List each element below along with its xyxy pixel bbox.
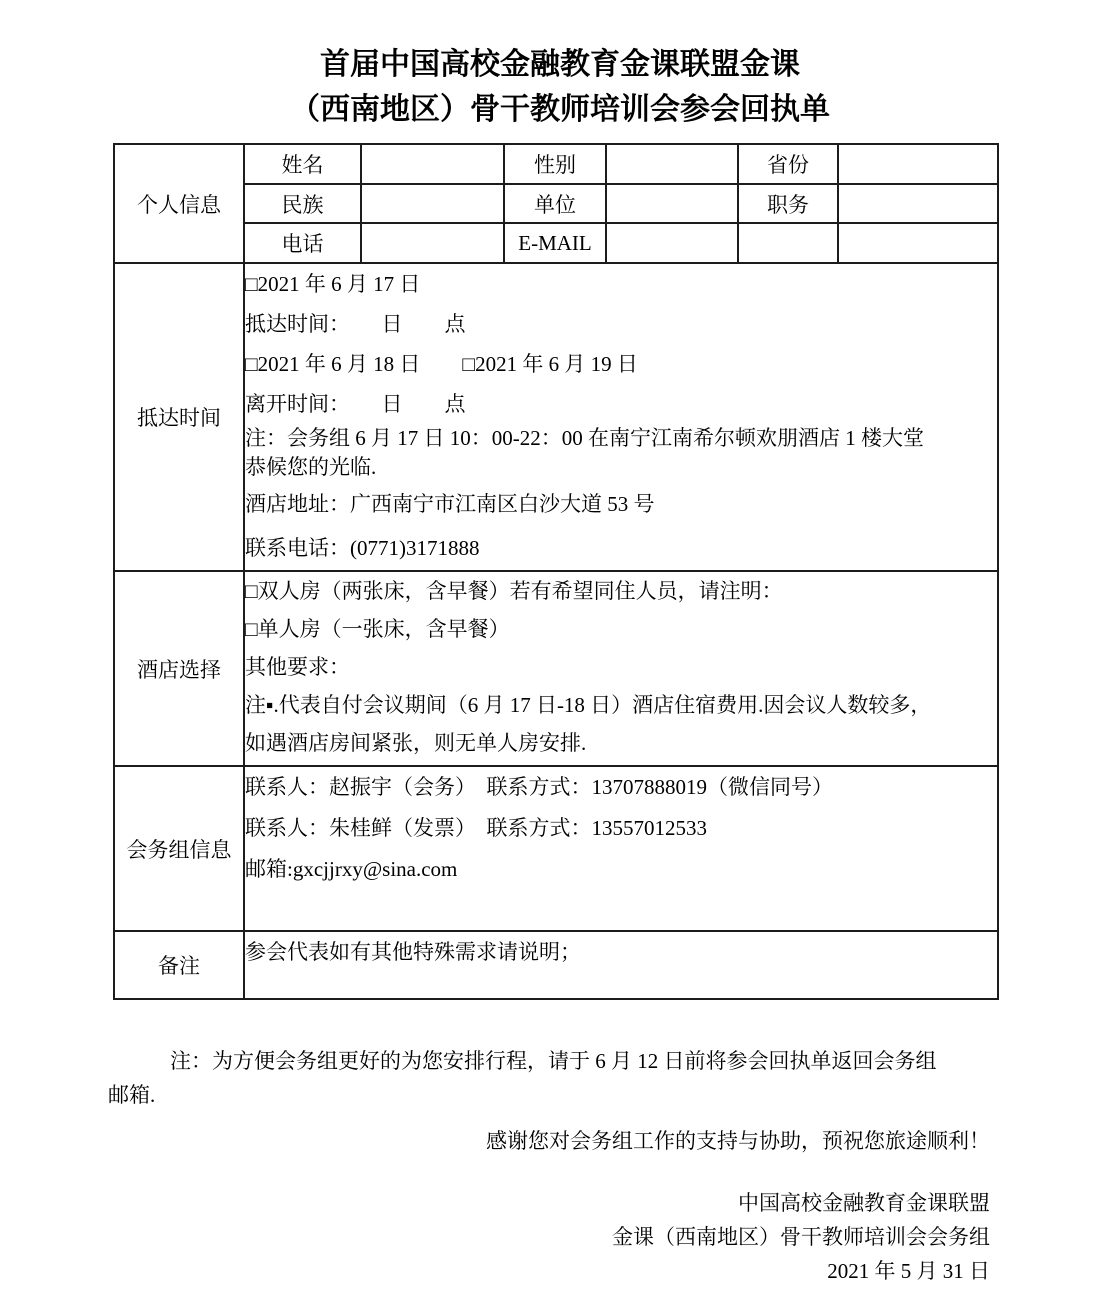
- section-label-committee: 会务组信息: [114, 766, 244, 931]
- signature-line-1: 中国高校金融教育金课联盟: [612, 1186, 990, 1220]
- section-label-remarks: 备注: [114, 931, 244, 999]
- hotel-section-content: □双人房（两张床，含早餐）若有希望同住人员，请注明： □单人房（一张床，含早餐）…: [244, 571, 998, 766]
- arrival-checkbox-jun17-line[interactable]: □2021 年 6 月 17 日: [245, 264, 997, 304]
- section-label-arrival: 抵达时间: [114, 263, 244, 571]
- field-label-organization: 单位: [504, 184, 606, 223]
- hotel-note-line-1: 注▪.代表自付会议期间（6 月 17 日-18 日）酒店住宿费用.因会议人数较多…: [245, 686, 997, 724]
- footer-note-line-2: 邮箱.: [108, 1078, 1008, 1112]
- arrival-note-line-2: 恭候您的光临.: [245, 453, 997, 482]
- field-label-position: 职务: [738, 184, 838, 223]
- table-row: 抵达时间 □2021 年 6 月 17 日 抵达时间： 日 点 □2021 年 …: [114, 263, 998, 571]
- field-label-name: 姓名: [244, 144, 361, 184]
- field-label-blank: [738, 223, 838, 263]
- field-value-position[interactable]: [838, 184, 998, 223]
- field-value-ethnicity[interactable]: [361, 184, 504, 223]
- field-value-name[interactable]: [361, 144, 504, 184]
- signature-block: 中国高校金融教育金课联盟 金课（西南地区）骨干教师培训会会务组 2021 年 5…: [612, 1186, 990, 1288]
- document-page: 首届中国高校金融教育金课联盟金课 （西南地区）骨干教师培训会参会回执单 个人信息…: [0, 0, 1120, 1314]
- field-value-blank[interactable]: [838, 223, 998, 263]
- table-row: 酒店选择 □双人房（两张床，含早餐）若有希望同住人员，请注明： □单人房（一张床…: [114, 571, 998, 766]
- hotel-other-requirements-line[interactable]: 其他要求：: [245, 648, 997, 686]
- field-label-ethnicity: 民族: [244, 184, 361, 223]
- committee-email-line: 邮箱:gxcjjrxy@sina.com: [245, 849, 997, 890]
- footer-note: 注：为方便会务组更好的为您安排行程，请于 6 月 12 日前将参会回执单返回会务…: [108, 1044, 1008, 1112]
- section-label-personal: 个人信息: [114, 144, 244, 263]
- table-row: 会务组信息 联系人：赵振宇（会务） 联系方式：13707888019（微信同号）…: [114, 766, 998, 931]
- page-title: 首届中国高校金融教育金课联盟金课 （西南地区）骨干教师培训会参会回执单: [0, 42, 1120, 132]
- contact-phone-line: 联系电话：(0771)3171888: [245, 526, 997, 570]
- committee-section-content: 联系人：赵振宇（会务） 联系方式：13707888019（微信同号） 联系人：朱…: [244, 766, 998, 931]
- arrival-checkbox-jun18-19-line[interactable]: □2021 年 6 月 18 日 □2021 年 6 月 19 日: [245, 344, 997, 384]
- field-value-organization[interactable]: [606, 184, 738, 223]
- table-row: 电话 E-MAIL: [114, 223, 998, 263]
- table-row: 备注 参会代表如有其他特殊需求请说明；: [114, 931, 998, 999]
- field-label-email: E-MAIL: [504, 223, 606, 263]
- hotel-checkbox-double-room-line[interactable]: □双人房（两张床，含早餐）若有希望同住人员，请注明：: [245, 572, 997, 610]
- field-label-gender: 性别: [504, 144, 606, 184]
- signature-date: 2021 年 5 月 31 日: [612, 1254, 990, 1288]
- hotel-address-line: 酒店地址：广西南宁市江南区白沙大道 53 号: [245, 482, 997, 526]
- table-row: 民族 单位 职务: [114, 184, 998, 223]
- section-label-hotel: 酒店选择: [114, 571, 244, 766]
- field-label-province: 省份: [738, 144, 838, 184]
- field-value-province[interactable]: [838, 144, 998, 184]
- field-value-email[interactable]: [606, 223, 738, 263]
- departure-time-line[interactable]: 离开时间： 日 点: [245, 384, 997, 424]
- committee-contact-line-2: 联系人：朱桂鲜（发票） 联系方式：13557012533: [245, 808, 997, 849]
- page-title-line-1: 首届中国高校金融教育金课联盟金课: [0, 42, 1120, 87]
- arrival-note-line-1: 注：会务组 6 月 17 日 10：00-22：00 在南宁江南希尔顿欢朋酒店 …: [245, 424, 997, 453]
- remarks-text[interactable]: 参会代表如有其他特殊需求请说明；: [244, 931, 998, 999]
- form-table: 个人信息 姓名 性别 省份 民族 单位 职务 电话 E-MAIL: [113, 143, 999, 1000]
- footer-note-line-1: 注：为方便会务组更好的为您安排行程，请于 6 月 12 日前将参会回执单返回会务…: [108, 1044, 1008, 1078]
- field-value-phone[interactable]: [361, 223, 504, 263]
- arrival-section-content: □2021 年 6 月 17 日 抵达时间： 日 点 □2021 年 6 月 1…: [244, 263, 998, 571]
- hotel-checkbox-single-room-line[interactable]: □单人房（一张床，含早餐）: [245, 610, 997, 648]
- hotel-note-line-2: 如遇酒店房间紧张，则无单人房安排.: [245, 724, 997, 762]
- table-row: 个人信息 姓名 性别 省份: [114, 144, 998, 184]
- arrival-time-line[interactable]: 抵达时间： 日 点: [245, 304, 997, 344]
- field-label-phone: 电话: [244, 223, 361, 263]
- thanks-line: 感谢您对会务组工作的支持与协助，预祝您旅途顺利！: [486, 1126, 990, 1156]
- signature-line-2: 金课（西南地区）骨干教师培训会会务组: [612, 1220, 990, 1254]
- field-value-gender[interactable]: [606, 144, 738, 184]
- page-title-line-2: （西南地区）骨干教师培训会参会回执单: [0, 87, 1120, 132]
- committee-contact-line-1: 联系人：赵振宇（会务） 联系方式：13707888019（微信同号）: [245, 767, 997, 808]
